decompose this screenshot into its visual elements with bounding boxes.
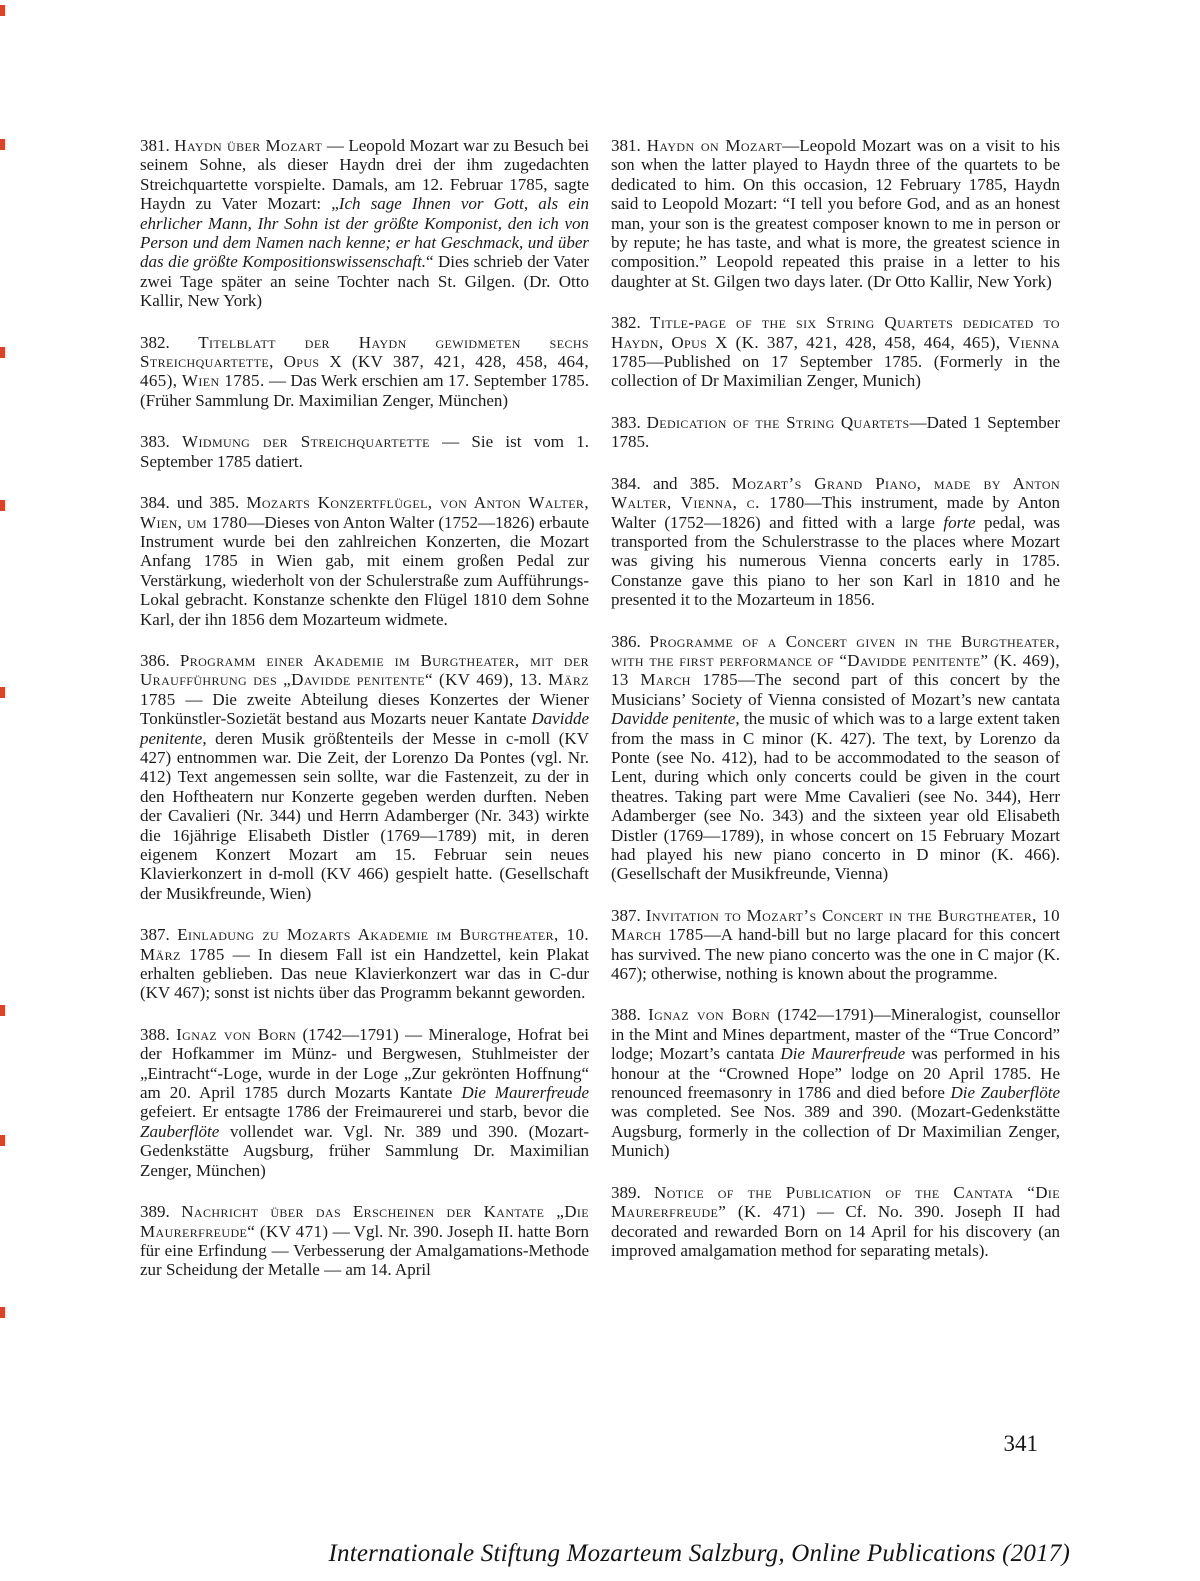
- text-segment: Die Zauberflöte: [951, 1083, 1061, 1102]
- text-segment: 388.: [611, 1005, 648, 1024]
- scan-mark: [0, 1135, 5, 1146]
- paragraph-381-en: 381. Haydn on Mozart—Leopold Mozart was …: [611, 136, 1060, 291]
- book-page: 381. Haydn über Mozart — Leopold Mozart …: [0, 0, 1200, 1581]
- scan-mark: [0, 1307, 5, 1318]
- text-segment: 381.: [140, 136, 174, 155]
- text-segment: was completed. See Nos. 389 and 390. (Mo…: [611, 1102, 1060, 1160]
- text-segment: Zauberflöte: [140, 1122, 219, 1141]
- text-segment: 382.: [611, 313, 650, 332]
- footer-publication-line: Internationale Stiftung Mozarteum Salzbu…: [0, 1540, 1070, 1568]
- paragraph-384-de: 384. und 385. Mozarts Konzertflügel, von…: [140, 493, 589, 629]
- scan-mark: [0, 687, 5, 698]
- text-segment: —Leopold Mozart was on a visit to his so…: [611, 136, 1060, 291]
- text-segment: Die Maurerfreude: [461, 1083, 589, 1102]
- text-segment: — Die zweite Abteilung dieses Konzertes …: [140, 690, 589, 728]
- text-segment: 389.: [611, 1183, 654, 1202]
- scan-mark: [0, 139, 5, 150]
- text-segment: 388.: [140, 1025, 176, 1044]
- paragraph-389-en: 389. Notice of the Publication of the Ca…: [611, 1183, 1060, 1261]
- scan-mark: [0, 1005, 5, 1016]
- scan-mark: [0, 500, 5, 511]
- text-segment: 381.: [611, 136, 647, 155]
- scan-mark: [0, 5, 5, 16]
- text-segment: 386.: [140, 651, 180, 670]
- text-columns: 381. Haydn über Mozart — Leopold Mozart …: [140, 136, 1061, 1302]
- text-segment: 383.: [140, 432, 182, 451]
- paragraph-387-de: 387. Einladung zu Mozarts Akademie im Bu…: [140, 925, 589, 1003]
- paragraph-387-en: 387. Invitation to Mozart’s Concert in t…: [611, 906, 1060, 984]
- text-segment: Dedication of the String Quartets: [647, 413, 910, 432]
- paragraph-383-en: 383. Dedication of the String Quartets—D…: [611, 413, 1060, 452]
- paragraph-389-de: 389. Nachricht über das Erscheinen der K…: [140, 1202, 589, 1280]
- text-segment: —Published on 17 September 1785. (Former…: [611, 352, 1060, 390]
- paragraph-381-de: 381. Haydn über Mozart — Leopold Mozart …: [140, 136, 589, 311]
- text-segment: 384. und 385.: [140, 493, 246, 512]
- english-column: 381. Haydn on Mozart—Leopold Mozart was …: [611, 136, 1060, 1302]
- text-segment: 384. and 385.: [611, 474, 732, 493]
- scan-mark: [0, 347, 5, 358]
- text-segment: gefeiert. Er entsagte 1786 der Freimaure…: [140, 1102, 589, 1121]
- paragraph-388-de: 388. Ignaz von Born (1742—1791) — Minera…: [140, 1025, 589, 1180]
- text-segment: Davidde penitente: [611, 709, 735, 728]
- text-segment: Die Maurerfreude: [780, 1044, 905, 1063]
- text-segment: 387.: [140, 925, 177, 944]
- text-segment: 386.: [611, 632, 649, 651]
- text-segment: forte: [943, 513, 975, 532]
- paragraph-382-de: 382. Titelblatt der Haydn gewidmeten sec…: [140, 333, 589, 411]
- text-segment: Haydn on Mozart: [647, 136, 782, 155]
- text-segment: Ignaz von Born: [648, 1005, 770, 1024]
- text-segment: Ignaz von Born: [176, 1025, 296, 1044]
- paragraph-384-en: 384. and 385. Mozart’s Grand Piano, made…: [611, 474, 1060, 610]
- text-segment: , deren Musik größtenteils der Messe in …: [140, 729, 589, 903]
- text-segment: Widmung der Streichquartette: [182, 432, 430, 451]
- paragraph-388-en: 388. Ignaz von Born (1742—1791)—Mineralo…: [611, 1005, 1060, 1160]
- page-number: 341: [1004, 1431, 1039, 1457]
- paragraph-386-en: 386. Programme of a Concert given in the…: [611, 632, 1060, 884]
- paragraph-382-en: 382. Title-page of the six String Quarte…: [611, 313, 1060, 391]
- german-column: 381. Haydn über Mozart — Leopold Mozart …: [140, 136, 589, 1302]
- text-segment: 387.: [611, 906, 646, 925]
- text-segment: , the music of which was to a large exte…: [611, 709, 1060, 883]
- text-segment: 389.: [140, 1202, 181, 1221]
- text-segment: 383.: [611, 413, 647, 432]
- text-segment: Haydn über Mozart: [174, 136, 322, 155]
- paragraph-383-de: 383. Widmung der Streichquartette — Sie …: [140, 432, 589, 471]
- text-segment: 382.: [140, 333, 198, 352]
- paragraph-386-de: 386. Programm einer Akademie im Burgthea…: [140, 651, 589, 903]
